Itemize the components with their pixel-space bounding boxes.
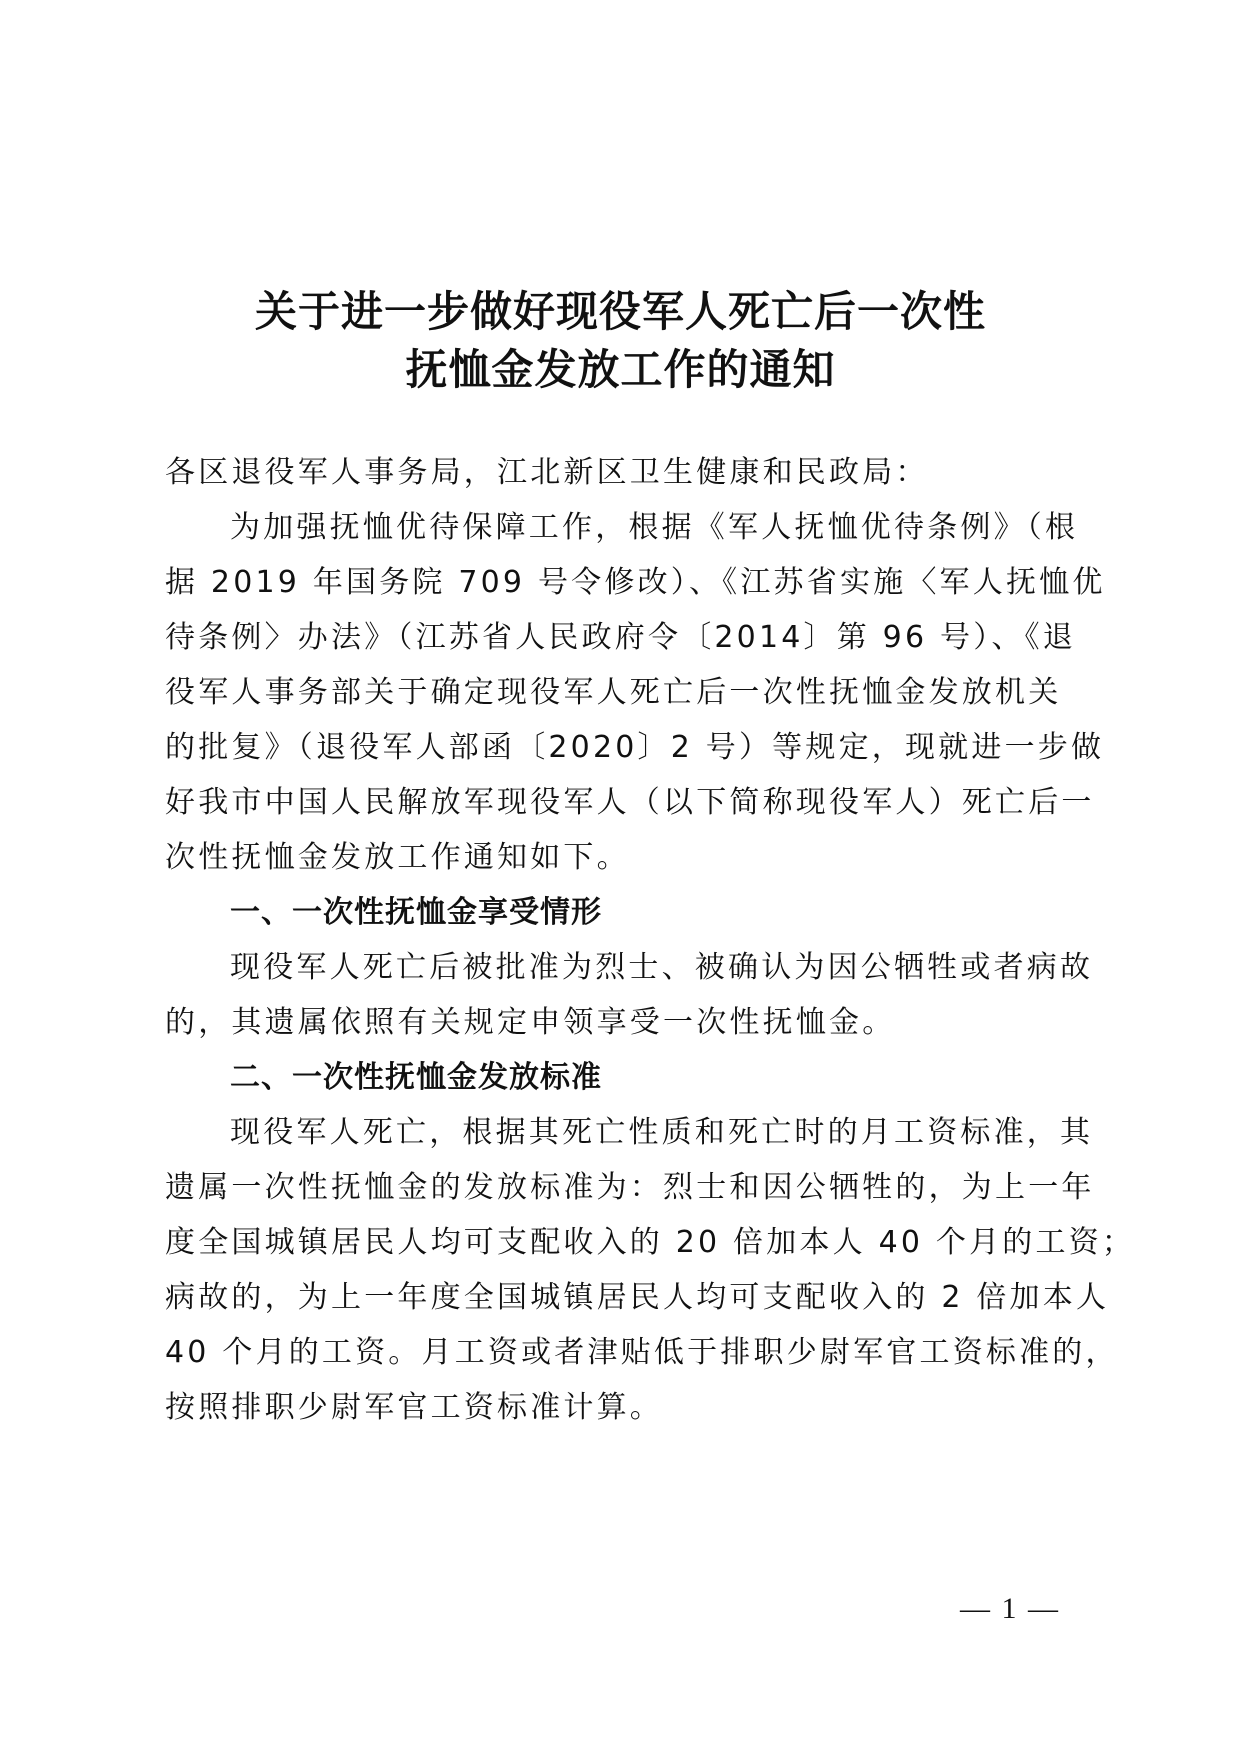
section-2-line: 现役军人死亡，根据其死亡性质和死亡时的月工资标准，其 [230,1113,1150,1153]
document-title-line-1: 关于进一步做好现役军人死亡后一次性 [0,282,1241,342]
intro-line: 役军人事务部关于确定现役军人死亡后一次性抚恤金发放机关 [165,673,1085,713]
intro-line: 次性抚恤金发放工作通知如下。 [165,838,1085,878]
recipient-line: 各区退役军人事务局，江北新区卫生健康和民政局： [165,453,1085,493]
document-title-line-2: 抚恤金发放工作的通知 [0,340,1241,400]
page-number: — 1 — [960,1592,1060,1626]
section-2-line: 度全国城镇居民人均可支配收入的 20 倍加本人 40 个月的工资； [165,1223,1085,1263]
intro-line: 为加强抚恤优待保障工作，根据《军人抚恤优待条例》（根 [230,508,1150,548]
section-2-line: 病故的，为上一年度全国城镇居民人均可支配收入的 2 倍加本人 [165,1278,1085,1318]
intro-line: 待条例〉办法》（江苏省人民政府令〔2014〕第 96 号）、《退 [165,618,1085,658]
intro-line: 的批复》（退役军人部函〔2020〕2 号）等规定，现就进一步做 [165,728,1085,768]
section-2-line: 遗属一次性抚恤金的发放标准为：烈士和因公牺牲的，为上一年 [165,1168,1085,1208]
document-page: 关于进一步做好现役军人死亡后一次性 抚恤金发放工作的通知 各区退役军人事务局，江… [0,0,1241,1754]
intro-line: 好我市中国人民解放军现役军人（以下简称现役军人）死亡后一 [165,783,1085,823]
intro-line: 据 2019 年国务院 709 号令修改）、《江苏省实施〈军人抚恤优 [165,563,1085,603]
section-heading-1: 一、一次性抚恤金享受情形 [230,893,1150,933]
section-heading-2: 二、一次性抚恤金发放标准 [230,1058,1150,1098]
section-2-line: 40 个月的工资。月工资或者津贴低于排职少尉军官工资标准的， [165,1333,1085,1373]
section-1-line: 的，其遗属依照有关规定申领享受一次性抚恤金。 [165,1003,1085,1043]
section-1-line: 现役军人死亡后被批准为烈士、被确认为因公牺牲或者病故 [230,948,1150,988]
section-2-line: 按照排职少尉军官工资标准计算。 [165,1388,1085,1428]
